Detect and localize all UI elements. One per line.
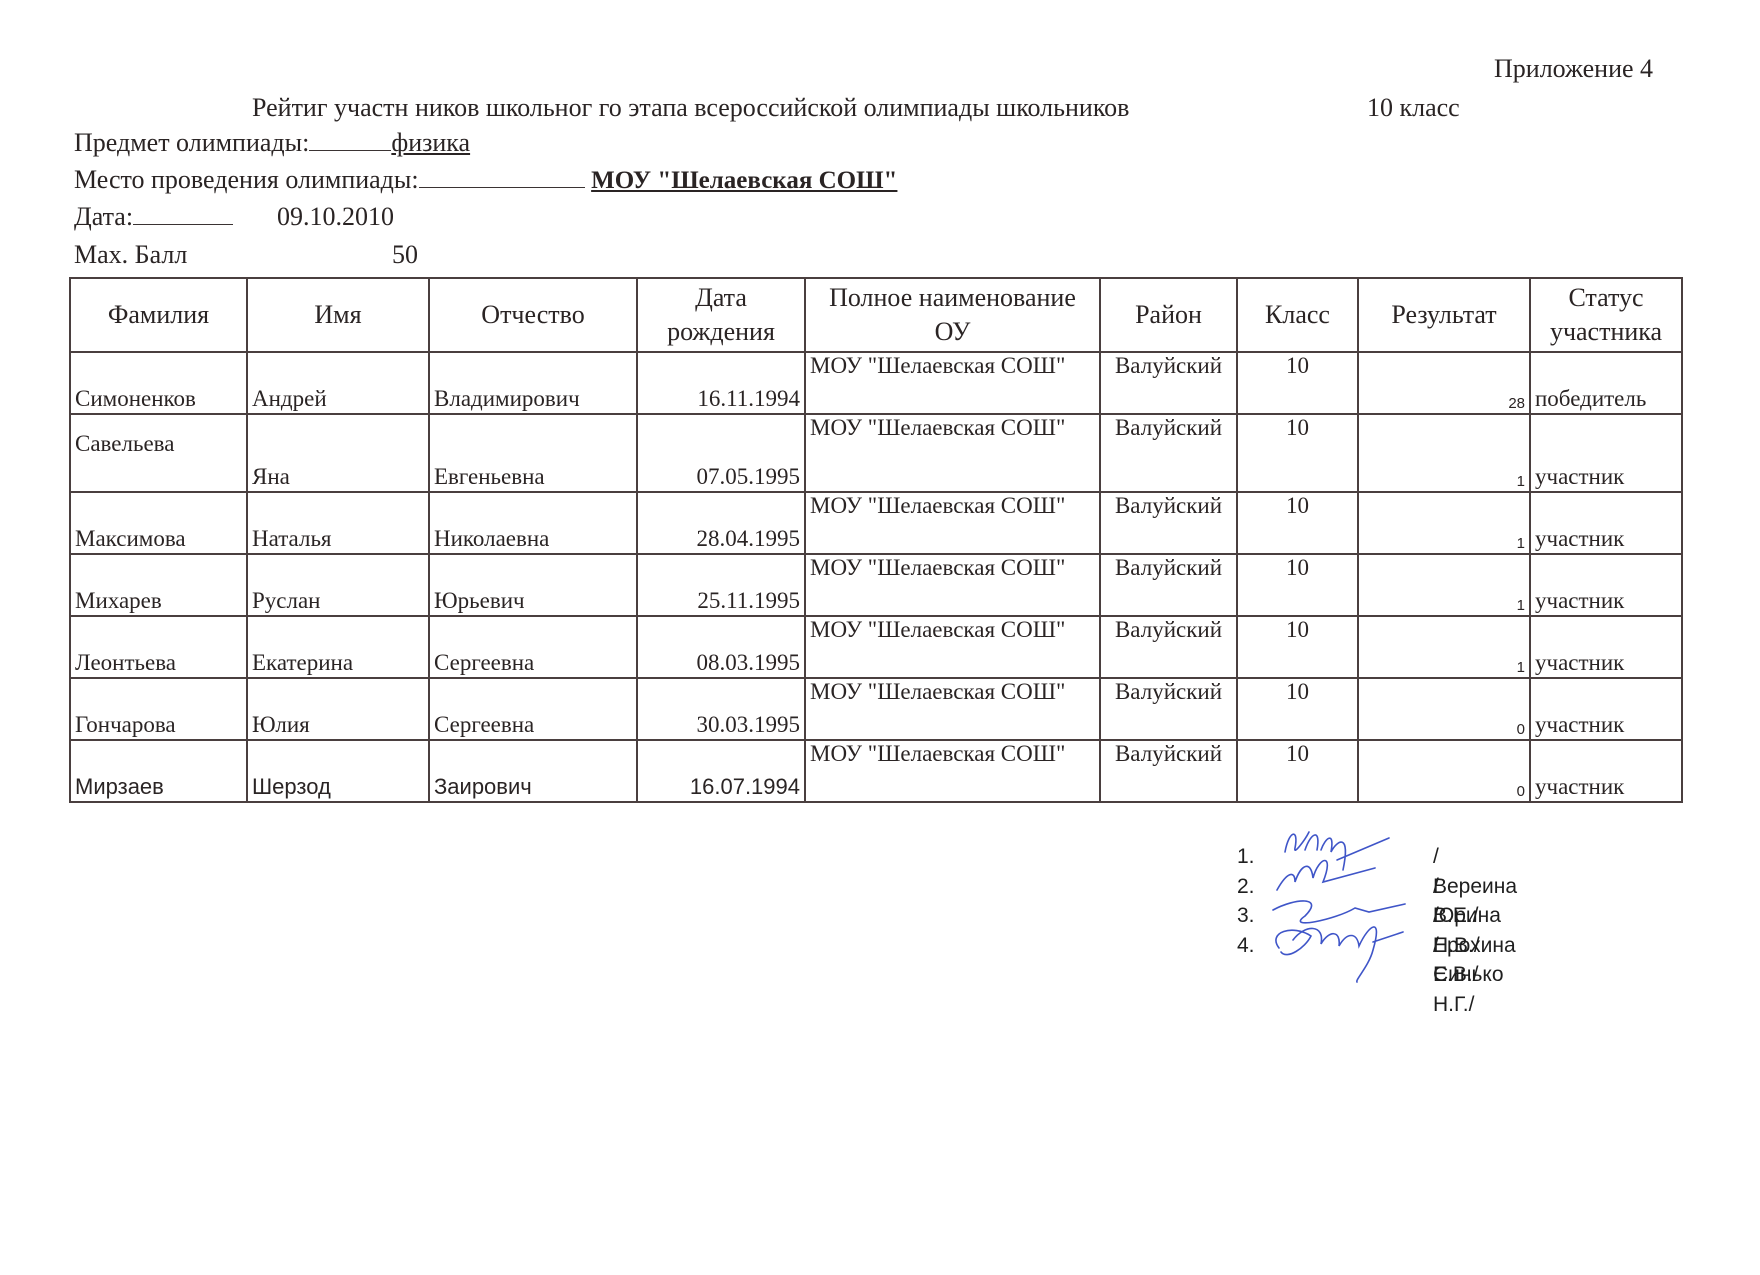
table-row: МирзаевШерзодЗаирович16.07.1994МОУ "Шела… xyxy=(70,740,1682,802)
signatures-scribble xyxy=(1265,820,1425,990)
status-cell: участник xyxy=(1530,554,1682,616)
last-name-cell: Леонтьева xyxy=(70,616,247,678)
result-cell: 0 xyxy=(1358,740,1530,802)
venue-label: Место проведения олимпиады: xyxy=(74,165,419,194)
first-name-cell: Яна xyxy=(247,414,429,492)
result-cell: 1 xyxy=(1358,492,1530,554)
patronymic-cell: Заирович xyxy=(429,740,637,802)
birth-date-cell: 07.05.1995 xyxy=(637,414,805,492)
class-cell: 10 xyxy=(1237,352,1358,414)
school-cell: МОУ "Шелаевская СОШ" xyxy=(805,740,1100,802)
status-cell: участник xyxy=(1530,492,1682,554)
signature-number: 3. xyxy=(1237,901,1255,931)
class-cell: 10 xyxy=(1237,740,1358,802)
patronymic-cell: Евгеньевна xyxy=(429,414,637,492)
class-cell: 10 xyxy=(1237,678,1358,740)
result-cell: 0 xyxy=(1358,678,1530,740)
first-name-cell: Екатерина xyxy=(247,616,429,678)
signature-number: 4. xyxy=(1237,931,1255,961)
class-cell: 10 xyxy=(1237,492,1358,554)
venue-line: Место проведения олимпиады: МОУ "Шелаевс… xyxy=(74,165,897,195)
class-cell: 10 xyxy=(1237,414,1358,492)
table-row: ЛеонтьеваЕкатеринаСергеевна08.03.1995МОУ… xyxy=(70,616,1682,678)
header-last-name: Фамилия xyxy=(70,278,247,352)
status-cell: победитель xyxy=(1530,352,1682,414)
max-score-value: 50 xyxy=(392,240,418,270)
subject-line: Предмет олимпиады:физика xyxy=(74,128,470,158)
last-name-cell: Максимова xyxy=(70,492,247,554)
date-value: 09.10.2010 xyxy=(277,202,394,231)
district-cell: Валуйский xyxy=(1100,352,1237,414)
first-name-cell: Наталья xyxy=(247,492,429,554)
max-score-label: Max. Балл xyxy=(74,240,187,269)
patronymic-cell: Николаевна xyxy=(429,492,637,554)
header-school: Полное наименованиеОУ xyxy=(805,278,1100,352)
date-line: Дата:09.10.2010 xyxy=(74,202,394,232)
grade-label: 10 класс xyxy=(1367,93,1460,123)
school-cell: МОУ "Шелаевская СОШ" xyxy=(805,616,1100,678)
last-name-cell: Гончарова xyxy=(70,678,247,740)
district-cell: Валуйский xyxy=(1100,492,1237,554)
document-title: Рейтиг участн ников школьног го этапа вс… xyxy=(252,93,1129,123)
date-label: Дата: xyxy=(74,202,133,231)
last-name-cell: Савельева xyxy=(70,414,247,492)
venue-value: МОУ "Шелаевская СОШ" xyxy=(591,167,897,194)
result-cell: 1 xyxy=(1358,616,1530,678)
subject-value: физика xyxy=(391,128,470,157)
header-patronymic: Отчество xyxy=(429,278,637,352)
signatory-name: /Синько Н.Г./ xyxy=(1433,931,1504,1020)
signature-number: 2. xyxy=(1237,872,1255,902)
district-cell: Валуйский xyxy=(1100,554,1237,616)
result-cell: 1 xyxy=(1358,414,1530,492)
birth-date-cell: 25.11.1995 xyxy=(637,554,805,616)
school-cell: МОУ "Шелаевская СОШ" xyxy=(805,352,1100,414)
patronymic-cell: Юрьевич xyxy=(429,554,637,616)
district-cell: Валуйский xyxy=(1100,616,1237,678)
signature-number: 1. xyxy=(1237,842,1255,872)
header-result: Результат xyxy=(1358,278,1530,352)
blank-line xyxy=(309,128,391,151)
result-cell: 1 xyxy=(1358,554,1530,616)
patronymic-cell: Сергеевна xyxy=(429,678,637,740)
birth-date-cell: 30.03.1995 xyxy=(637,678,805,740)
table-row: МаксимоваНатальяНиколаевна28.04.1995МОУ … xyxy=(70,492,1682,554)
school-cell: МОУ "Шелаевская СОШ" xyxy=(805,554,1100,616)
birth-date-cell: 16.07.1994 xyxy=(637,740,805,802)
first-name-cell: Руслан xyxy=(247,554,429,616)
last-name-cell: Симоненков xyxy=(70,352,247,414)
blank-line xyxy=(419,165,585,188)
first-name-cell: Шерзод xyxy=(247,740,429,802)
birth-date-cell: 28.04.1995 xyxy=(637,492,805,554)
header-status: Статусучастника xyxy=(1530,278,1682,352)
status-cell: участник xyxy=(1530,678,1682,740)
header-first-name: Имя xyxy=(247,278,429,352)
status-cell: участник xyxy=(1530,740,1682,802)
school-cell: МОУ "Шелаевская СОШ" xyxy=(805,492,1100,554)
table-row: СимоненковАндрейВладимирович16.11.1994МО… xyxy=(70,352,1682,414)
last-name-cell: Мирзаев xyxy=(70,740,247,802)
blank-line xyxy=(133,202,233,225)
result-cell: 28 xyxy=(1358,352,1530,414)
table-row: МихаревРусланЮрьевич25.11.1995МОУ "Шелае… xyxy=(70,554,1682,616)
patronymic-cell: Сергеевна xyxy=(429,616,637,678)
status-cell: участник xyxy=(1530,414,1682,492)
first-name-cell: Юлия xyxy=(247,678,429,740)
patronymic-cell: Владимирович xyxy=(429,352,637,414)
school-cell: МОУ "Шелаевская СОШ" xyxy=(805,414,1100,492)
table-row: ГончароваЮлияСергеевна30.03.1995МОУ "Шел… xyxy=(70,678,1682,740)
max-score-line: Max. Балл xyxy=(74,240,187,270)
subject-label: Предмет олимпиады: xyxy=(74,128,309,157)
table-row: СавельеваЯнаЕвгеньевна07.05.1995МОУ "Шел… xyxy=(70,414,1682,492)
rating-table: Фамилия Имя Отчество Датарождения Полное… xyxy=(69,277,1683,803)
header-birth-date: Датарождения xyxy=(637,278,805,352)
birth-date-cell: 16.11.1994 xyxy=(637,352,805,414)
appendix-label: Приложение 4 xyxy=(1494,54,1653,84)
class-cell: 10 xyxy=(1237,554,1358,616)
district-cell: Валуйский xyxy=(1100,678,1237,740)
first-name-cell: Андрей xyxy=(247,352,429,414)
district-cell: Валуйский xyxy=(1100,740,1237,802)
table-header-row: Фамилия Имя Отчество Датарождения Полное… xyxy=(70,278,1682,352)
last-name-cell: Михарев xyxy=(70,554,247,616)
school-cell: МОУ "Шелаевская СОШ" xyxy=(805,678,1100,740)
status-cell: участник xyxy=(1530,616,1682,678)
class-cell: 10 xyxy=(1237,616,1358,678)
header-district: Район xyxy=(1100,278,1237,352)
district-cell: Валуйский xyxy=(1100,414,1237,492)
birth-date-cell: 08.03.1995 xyxy=(637,616,805,678)
header-class: Класс xyxy=(1237,278,1358,352)
